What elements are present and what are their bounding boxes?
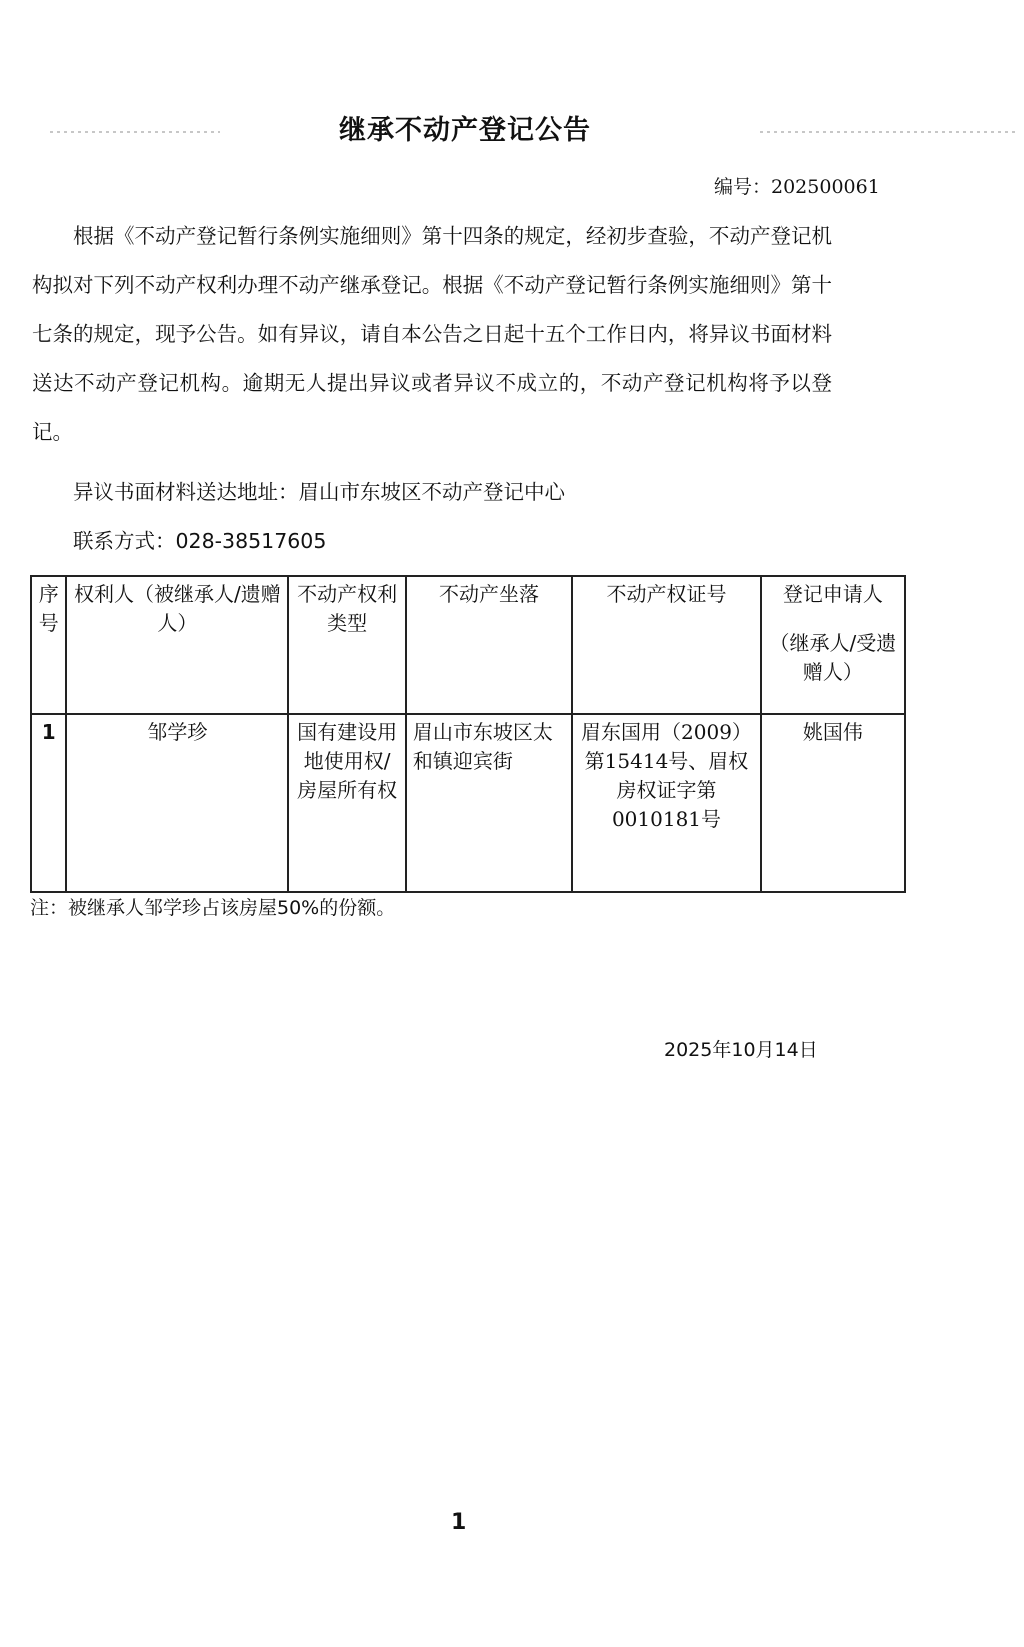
footnote: 注：被继承人邹学珍占该房屋50%的份额。 [30,893,395,920]
cell-applicant: 姚国伟 [761,714,905,892]
table-header-row: 序号 权利人（被继承人/遗赠人） 不动产权利类型 不动产坐落 不动产权证号 登记… [31,576,905,714]
cell-right-type: 国有建设用地使用权/房屋所有权 [288,714,406,892]
registration-table: 序号 权利人（被继承人/遗赠人） 不动产权利类型 不动产坐落 不动产权证号 登记… [30,575,906,893]
header-holder: 权利人（被继承人/遗赠人） [66,576,288,714]
table-row: 1 邹学珍 国有建设用地使用权/房屋所有权 眉山市东坡区太和镇迎宾街 眉东国用（… [31,714,905,892]
header-right-type: 不动产权利类型 [288,576,406,714]
header-index: 序号 [31,576,66,714]
contact-info: 联系方式：028-38517605 [73,524,326,554]
header-applicant-sub: （继承人/受遗赠人） [768,629,898,687]
document-number: 编号：202500061 [714,172,880,199]
cell-location: 眉山市东坡区太和镇迎宾街 [406,714,572,892]
page-number: 1 [451,1510,466,1535]
header-certificate: 不动产权证号 [572,576,761,714]
notice-body: 根据《不动产登记暂行条例实施细则》第十四条的规定，经初步查验，不动产登记机构拟对… [32,212,832,457]
document-title: 继承不动产登记公告 [0,108,930,147]
cell-holder: 邹学珍 [66,714,288,892]
header-location: 不动产坐落 [406,576,572,714]
header-applicant-label: 登记申请人 [783,582,883,606]
cell-index: 1 [31,714,66,892]
objection-address: 异议书面材料送达地址：眉山市东坡区不动产登记中心 [73,475,565,505]
notice-date: 2025年10月14日 [664,1035,818,1062]
header-applicant: 登记申请人 （继承人/受遗赠人） [761,576,905,714]
notice-paragraph: 根据《不动产登记暂行条例实施细则》第十四条的规定，经初步查验，不动产登记机构拟对… [32,212,832,457]
cell-certificate: 眉东国用（2009）第15414号、眉权房权证字第0010181号 [572,714,761,892]
